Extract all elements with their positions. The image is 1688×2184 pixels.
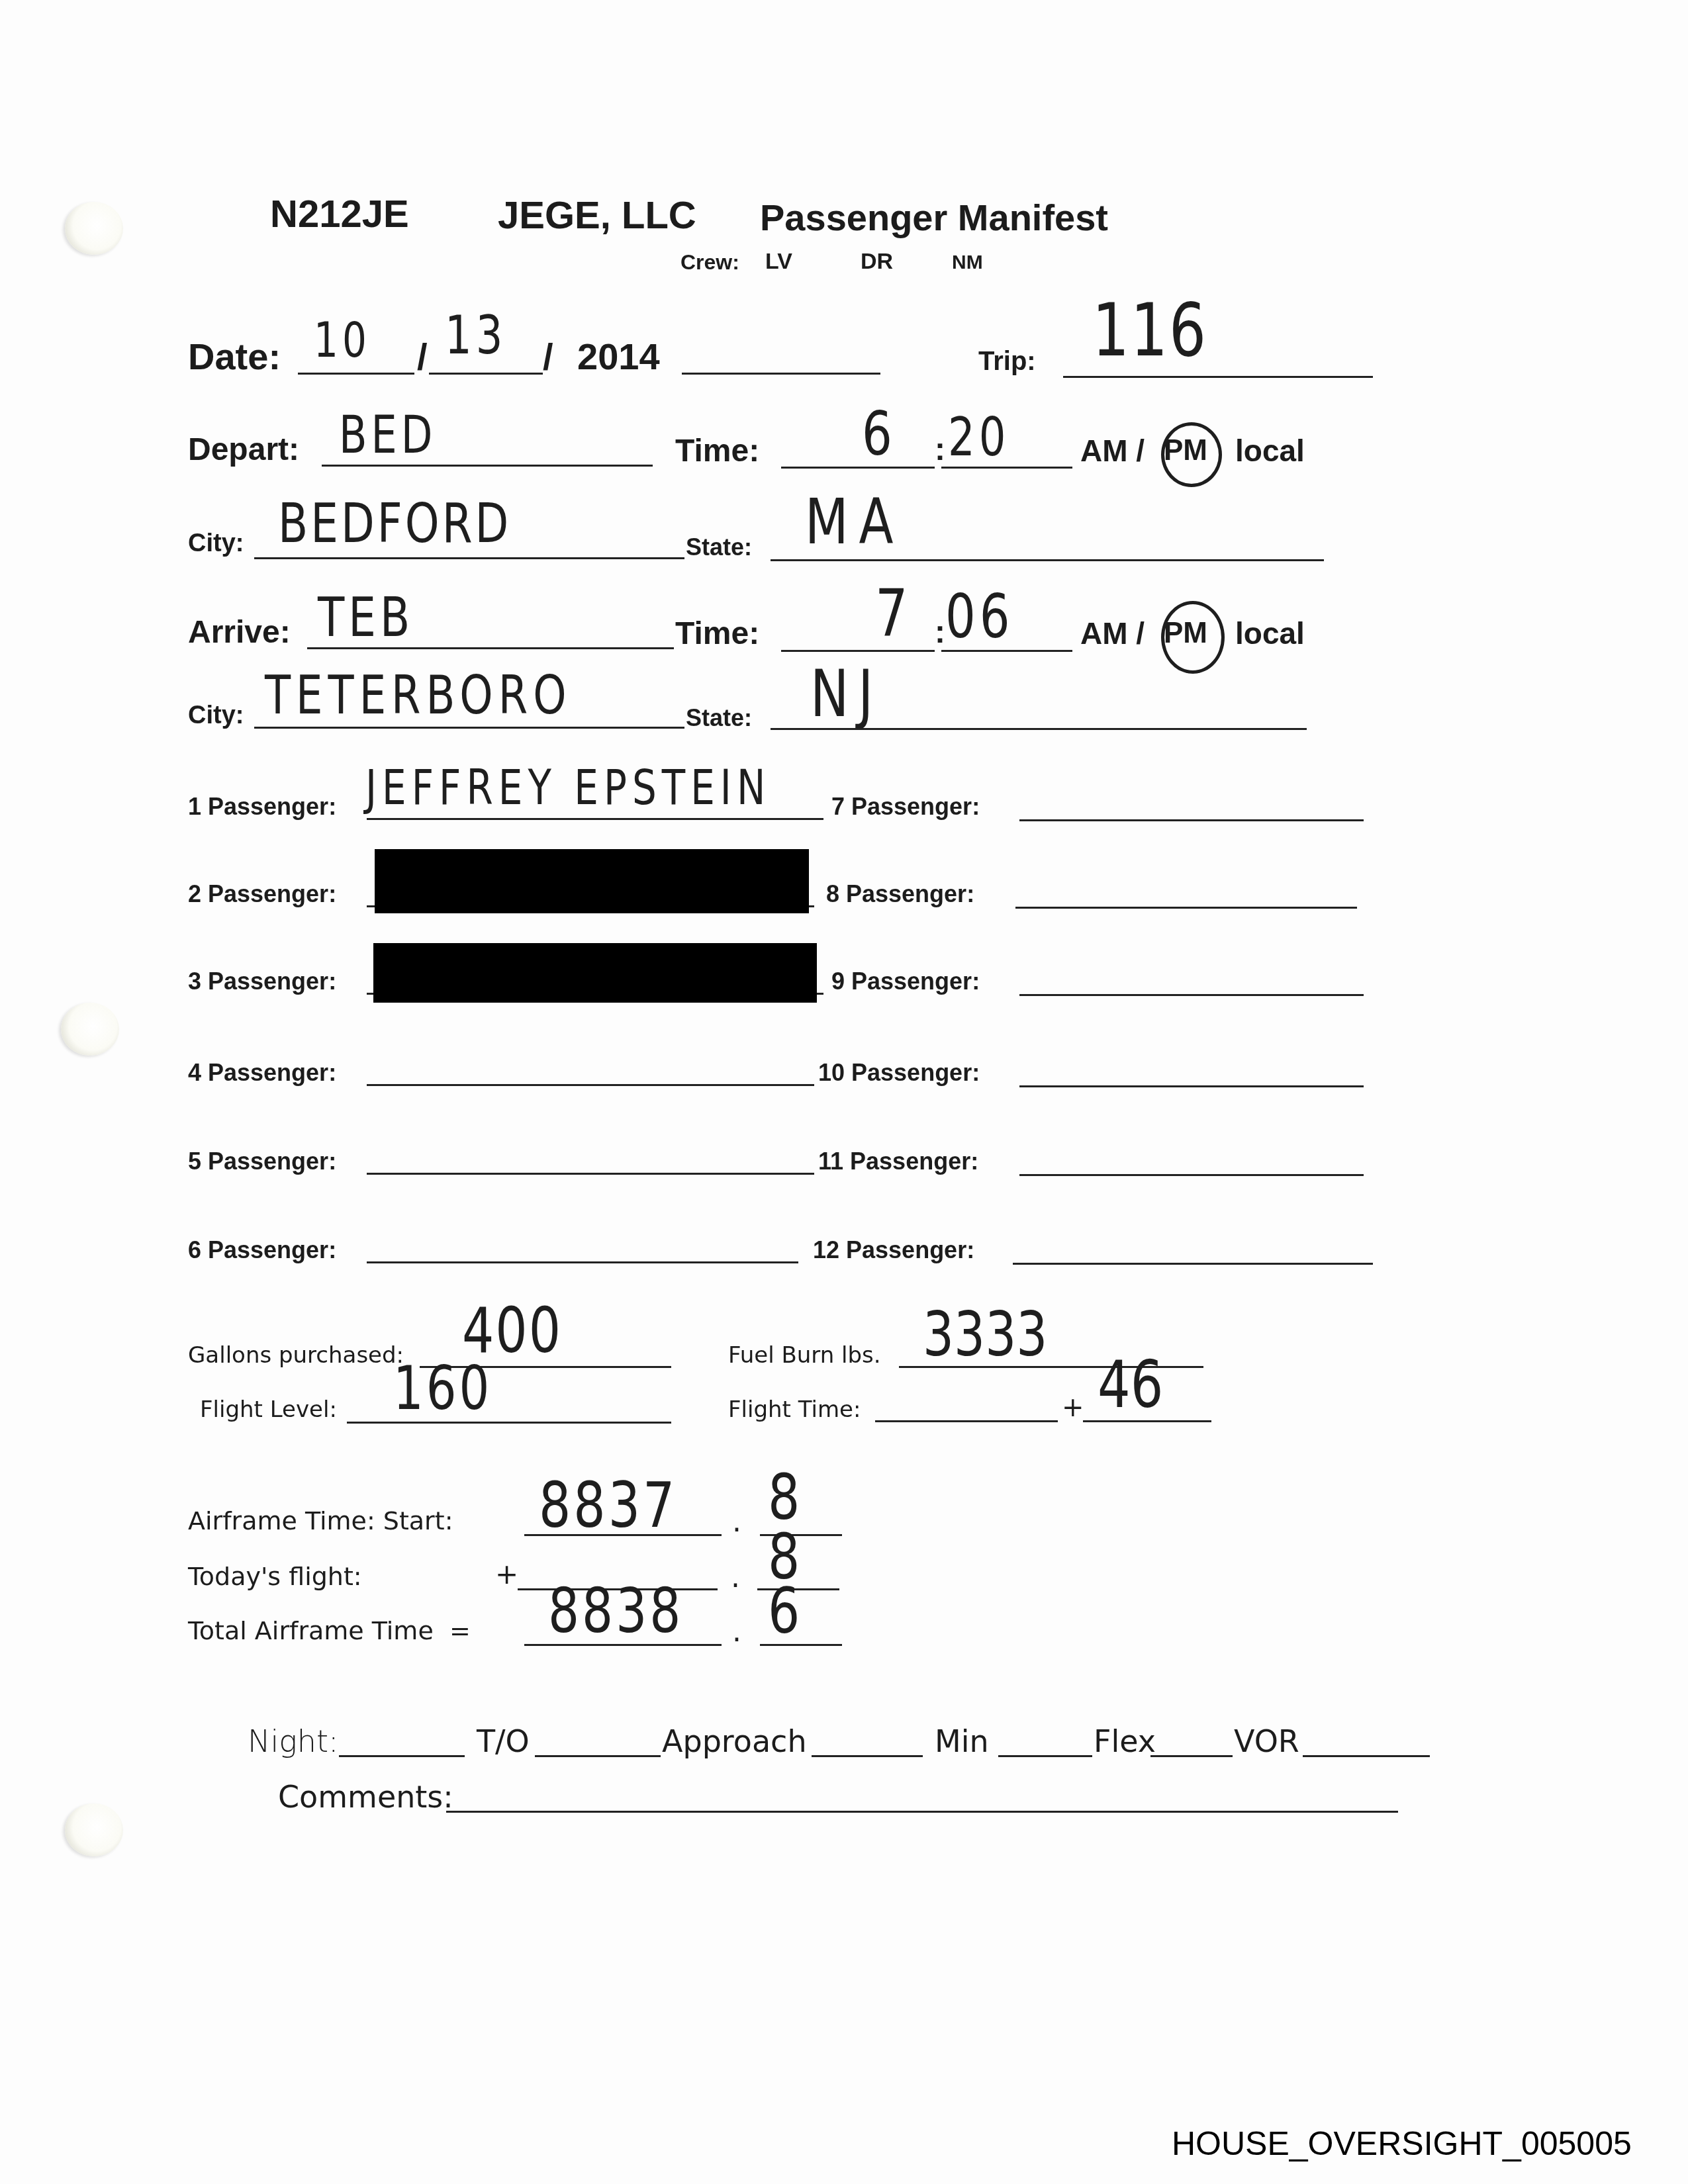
arrive-city-value[interactable]: TETERBORO [265, 666, 572, 727]
depart-city-line [254, 557, 684, 559]
total-airframe-tenth-value[interactable]: 6 [768, 1574, 804, 1647]
flight-level-label: Flight Level: [200, 1396, 337, 1423]
trip-number-value[interactable]: 116 [1092, 287, 1207, 373]
depart-pm-selected-circle [1161, 422, 1222, 487]
takeoff-line [535, 1755, 661, 1757]
passenger-11-line [1019, 1174, 1364, 1176]
arrive-city-line [254, 727, 684, 729]
flight-time-label: Flight Time: [728, 1396, 861, 1423]
date-day-value[interactable]: 13 [445, 306, 506, 367]
arrive-time-label: Time: [675, 615, 759, 652]
depart-airport-line [322, 465, 653, 467]
min-line [998, 1755, 1092, 1757]
approach-label: Approach [662, 1723, 807, 1759]
date-year-line [682, 373, 880, 375]
comments-line[interactable] [446, 1811, 1398, 1813]
passenger-3-label: 3 Passenger: [188, 968, 336, 995]
crew-label: Crew: [680, 250, 739, 275]
depart-am-option[interactable]: AM / [1080, 433, 1145, 469]
flex-label: Flex [1094, 1723, 1156, 1759]
vor-line [1303, 1755, 1430, 1757]
depart-city-label: City: [188, 529, 244, 558]
passenger-1-value[interactable]: JEFFREY EPSTEIN [365, 759, 771, 815]
passenger-9-line [1019, 994, 1364, 996]
flight-time-minutes-line [1083, 1420, 1211, 1422]
depart-label: Depart: [188, 432, 299, 468]
arrive-minute-value[interactable]: 06 [945, 582, 1014, 651]
todays-flight-decimal: . [731, 1561, 740, 1594]
takeoff-label: T/O [477, 1723, 530, 1759]
crew-member-3: NM [952, 251, 983, 274]
trip-label: Trip: [978, 347, 1036, 377]
todays-flight-label: Today's flight: [188, 1562, 362, 1591]
todays-flight-plus: + [495, 1558, 518, 1590]
date-day-line [429, 373, 543, 375]
passenger-2-redaction [375, 849, 809, 913]
depart-state-line [771, 559, 1324, 561]
arrive-airport-value[interactable]: TEB [318, 586, 414, 649]
depart-time-label: Time: [675, 433, 759, 469]
passenger-8-line [1015, 907, 1357, 909]
flight-time-plus: + [1062, 1392, 1084, 1423]
arrive-minute-line [941, 650, 1072, 652]
night-line [339, 1755, 465, 1757]
airframe-start-label: Airframe Time: Start: [188, 1506, 453, 1535]
fuel-burn-value[interactable]: 3333 [923, 1299, 1047, 1371]
date-month-line [298, 373, 414, 375]
passenger-9-label: 9 Passenger: [831, 968, 980, 995]
trip-line [1063, 376, 1373, 378]
passenger-5-line [367, 1173, 814, 1175]
passenger-6-line [367, 1261, 798, 1263]
arrive-am-option[interactable]: AM / [1080, 615, 1145, 651]
arrive-label: Arrive: [188, 614, 291, 651]
crew-member-2: DR [861, 249, 893, 275]
flight-time-hours-line [875, 1420, 1058, 1422]
airframe-start-whole-line [524, 1534, 722, 1536]
passenger-12-line [1013, 1263, 1373, 1265]
bates-number: HOUSE_OVERSIGHT_005005 [1172, 2124, 1632, 2163]
approach-line [812, 1755, 923, 1757]
passenger-5-label: 5 Passenger: [188, 1148, 336, 1175]
passenger-1-label: 1 Passenger: [188, 793, 336, 821]
tail-number: N212JE [270, 192, 409, 236]
vor-label: VOR [1234, 1723, 1299, 1759]
date-label: Date: [188, 335, 281, 378]
arrive-local-label: local [1235, 615, 1305, 651]
page-title: Passenger Manifest [760, 196, 1108, 239]
arrive-hour-value[interactable]: 7 [875, 577, 912, 652]
arrive-state-label: State: [686, 704, 752, 732]
passenger-4-label: 4 Passenger: [188, 1059, 336, 1087]
passenger-1-line [367, 818, 823, 820]
passenger-11-label: 11 Passenger: [818, 1148, 978, 1175]
arrive-state-line [771, 728, 1307, 730]
night-label: Night: [248, 1723, 338, 1759]
airframe-start-whole-value[interactable]: 8837 [539, 1468, 677, 1541]
date-separator-1: / [417, 335, 428, 378]
arrive-airport-line [307, 647, 674, 649]
fuel-burn-label: Fuel Burn lbs. [728, 1342, 881, 1369]
flight-time-minutes-value[interactable]: 46 [1098, 1349, 1163, 1424]
passenger-3-redaction [373, 943, 817, 1003]
passenger-7-line [1019, 819, 1364, 821]
flight-level-line [347, 1422, 671, 1424]
flight-level-value[interactable]: 160 [393, 1353, 492, 1423]
flex-line [1150, 1755, 1233, 1757]
depart-minute-line [941, 467, 1072, 469]
passenger-8-label: 8 Passenger: [826, 880, 974, 908]
crew-member-1: LV [765, 249, 792, 275]
passenger-2-label: 2 Passenger: [188, 880, 336, 908]
gallons-purchased-label: Gallons purchased: [188, 1342, 404, 1369]
depart-minute-value[interactable]: 20 [948, 408, 1009, 469]
depart-local-label: local [1235, 433, 1305, 469]
passenger-6-label: 6 Passenger: [188, 1236, 336, 1264]
passenger-12-label: 12 Passenger: [813, 1236, 974, 1264]
depart-time-colon: : [935, 432, 945, 468]
total-airframe-tenth-line [760, 1644, 842, 1646]
depart-city-value[interactable]: BEDFORD [278, 492, 511, 555]
total-airframe-whole-line [524, 1644, 722, 1646]
company-name: JEGE, LLC [498, 193, 696, 238]
total-airframe-whole-value[interactable]: 8838 [548, 1576, 683, 1647]
passenger-10-label: 10 Passenger: [818, 1059, 980, 1087]
arrive-city-label: City: [188, 702, 244, 730]
depart-hour-value[interactable]: 6 [862, 399, 896, 469]
comments-label: Comments: [278, 1779, 453, 1815]
date-month-value[interactable]: 10 [314, 312, 371, 368]
depart-state-value[interactable]: MA [805, 484, 904, 558]
min-label: Min [935, 1723, 989, 1759]
date-year: 2014 [577, 335, 660, 378]
passenger-7-label: 7 Passenger: [831, 793, 980, 821]
manifest-page: N212JE JEGE, LLC Passenger Manifest Crew… [0, 0, 1688, 2184]
binder-hole-middle [61, 1003, 119, 1056]
binder-hole-top [65, 202, 123, 255]
total-airframe-label: Total Airframe Time = [188, 1616, 471, 1645]
passenger-4-line [367, 1084, 814, 1086]
depart-state-label: State: [686, 533, 752, 561]
binder-hole-bottom [65, 1803, 123, 1856]
date-separator-2: / [543, 335, 553, 378]
depart-airport-value[interactable]: BED [339, 405, 436, 465]
arrive-time-colon: : [935, 614, 945, 651]
passenger-10-line [1019, 1085, 1364, 1087]
arrive-pm-selected-circle [1161, 601, 1225, 674]
depart-hour-line [781, 467, 935, 469]
arrive-state-value[interactable]: NJ [810, 658, 882, 733]
arrive-hour-line [781, 650, 935, 652]
total-airframe-decimal: . [732, 1615, 741, 1649]
airframe-start-decimal: . [732, 1505, 741, 1539]
